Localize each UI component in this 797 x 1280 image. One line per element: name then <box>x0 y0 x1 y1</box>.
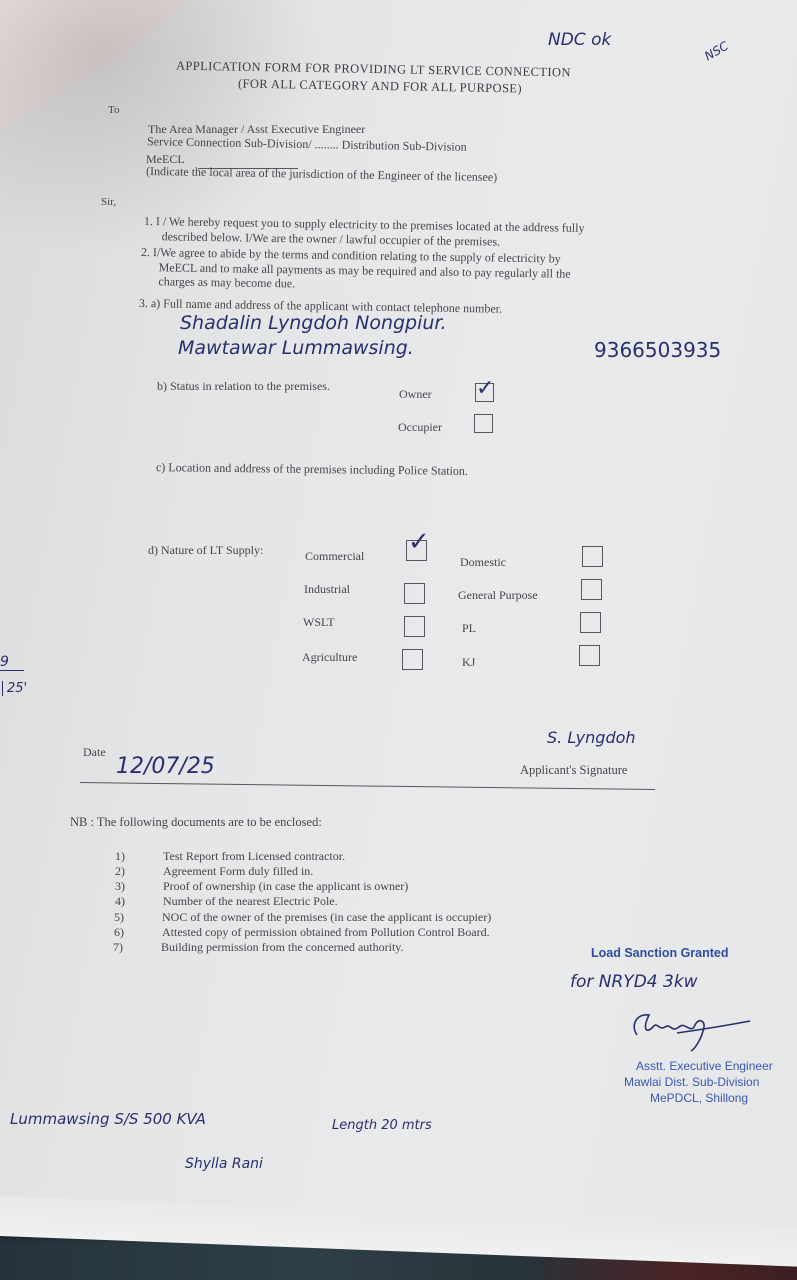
domestic-checkbox[interactable] <box>582 546 603 567</box>
document-number: 1) <box>115 849 163 864</box>
stamp-designation: Asstt. Executive Engineer <box>636 1059 773 1073</box>
supply-label: d) Nature of LT Supply: <box>148 543 263 558</box>
clause-1-number: 1. <box>144 214 153 228</box>
document-number: 6) <box>114 925 162 940</box>
ndc-note: NDC ok <box>548 30 611 50</box>
length-note: Length 20 mtrs <box>332 1118 432 1133</box>
clause-2: 2. I/We agree to abide by the terms and … <box>140 245 571 295</box>
salutation: Sir, <box>101 196 116 208</box>
supply-commercial-label: Commercial <box>305 549 364 564</box>
supply-domestic-label: Domestic <box>460 555 506 570</box>
document-number: 2) <box>115 864 163 879</box>
supply-kj-label: KJ <box>462 655 475 670</box>
clause-2-line-3: charges as may become due. <box>140 274 295 290</box>
supply-pl-label: PL <box>462 621 476 636</box>
status-occupier-label: Occupier <box>398 420 442 435</box>
status-owner-label: Owner <box>399 387 432 402</box>
supply-agriculture-label: Agriculture <box>302 650 357 665</box>
document-text: Test Report from Licensed contractor. <box>163 849 345 863</box>
document-item: 3)Proof of ownership (in case the applic… <box>115 879 408 894</box>
applicant-address: Mawtawar Lummawsing. <box>178 337 414 359</box>
document-number: 7) <box>113 940 161 955</box>
document-number: 5) <box>114 910 162 925</box>
supply-general-purpose-label: General Purpose <box>458 588 538 603</box>
occupier-checkbox[interactable] <box>474 414 493 433</box>
supply-wslt-label: WSLT <box>303 615 335 630</box>
owner-check-mark-icon: ✓ <box>476 379 494 399</box>
document-text: Attested copy of permission obtained fro… <box>162 925 490 939</box>
document-number: 3) <box>115 879 163 894</box>
commercial-check-mark-icon: ✓ <box>408 532 430 552</box>
nb-heading: NB : The following documents are to be e… <box>70 815 322 830</box>
kj-checkbox[interactable] <box>579 645 600 666</box>
margin-note-top: 9 <box>0 654 24 671</box>
document-number: 4) <box>115 894 163 909</box>
staff-name-note: Shylla Rani <box>185 1156 263 1172</box>
stamp-subdivision: Mawlai Dist. Sub-Division <box>624 1075 759 1089</box>
document-text: Building permission from the concerned a… <box>161 940 404 954</box>
date-value: 12/07/25 <box>116 754 215 779</box>
document-text: Number of the nearest Electric Pole. <box>163 894 338 908</box>
margin-note-bottom: 25' <box>2 681 27 696</box>
document-text: Proof of ownership (in case the applican… <box>163 879 408 893</box>
date-label: Date <box>83 745 106 760</box>
document-item: 5)NOC of the owner of the premises (in c… <box>114 910 491 925</box>
applicant-signature: S. Lyngdoh <box>547 728 636 747</box>
to-label: To <box>108 104 119 116</box>
supply-industrial-label: Industrial <box>304 582 350 597</box>
document-item: 7)Building permission from the concerned… <box>113 940 404 955</box>
agriculture-checkbox[interactable] <box>402 649 423 670</box>
engineer-signature-icon <box>625 1005 755 1055</box>
stamp-organisation: MePDCL, Shillong <box>650 1091 748 1105</box>
pl-checkbox[interactable] <box>580 612 601 633</box>
document-item: 6)Attested copy of permission obtained f… <box>114 925 490 940</box>
signature-label: Applicant's Signature <box>520 763 627 778</box>
document-text: Agreement Form duly filled in. <box>163 864 313 878</box>
applicant-phone: 9366503935 <box>594 338 721 362</box>
load-sanction-stamp: Load Sanction Granted <box>591 946 729 960</box>
applicant-name: Shadalin Lyngdoh Nongpiur. <box>180 312 447 334</box>
wslt-checkbox[interactable] <box>404 616 425 637</box>
document-item: 2)Agreement Form duly filled in. <box>115 864 313 879</box>
clause-3-number: 3. <box>139 296 148 310</box>
status-label: b) Status in relation to the premises. <box>157 379 330 394</box>
document-item: 1)Test Report from Licensed contractor. <box>115 849 345 864</box>
document-text: NOC of the owner of the premises (in cas… <box>162 910 491 924</box>
general-purpose-checkbox[interactable] <box>581 579 602 600</box>
sanction-load-note: for NRYD4 3kw <box>570 972 698 992</box>
industrial-checkbox[interactable] <box>404 583 425 604</box>
document-item: 4)Number of the nearest Electric Pole. <box>115 894 338 909</box>
document-page <box>0 0 797 1244</box>
substation-note: Lummawsing S/S 500 KVA <box>10 1110 206 1128</box>
clause-2-number: 2. <box>141 245 150 259</box>
